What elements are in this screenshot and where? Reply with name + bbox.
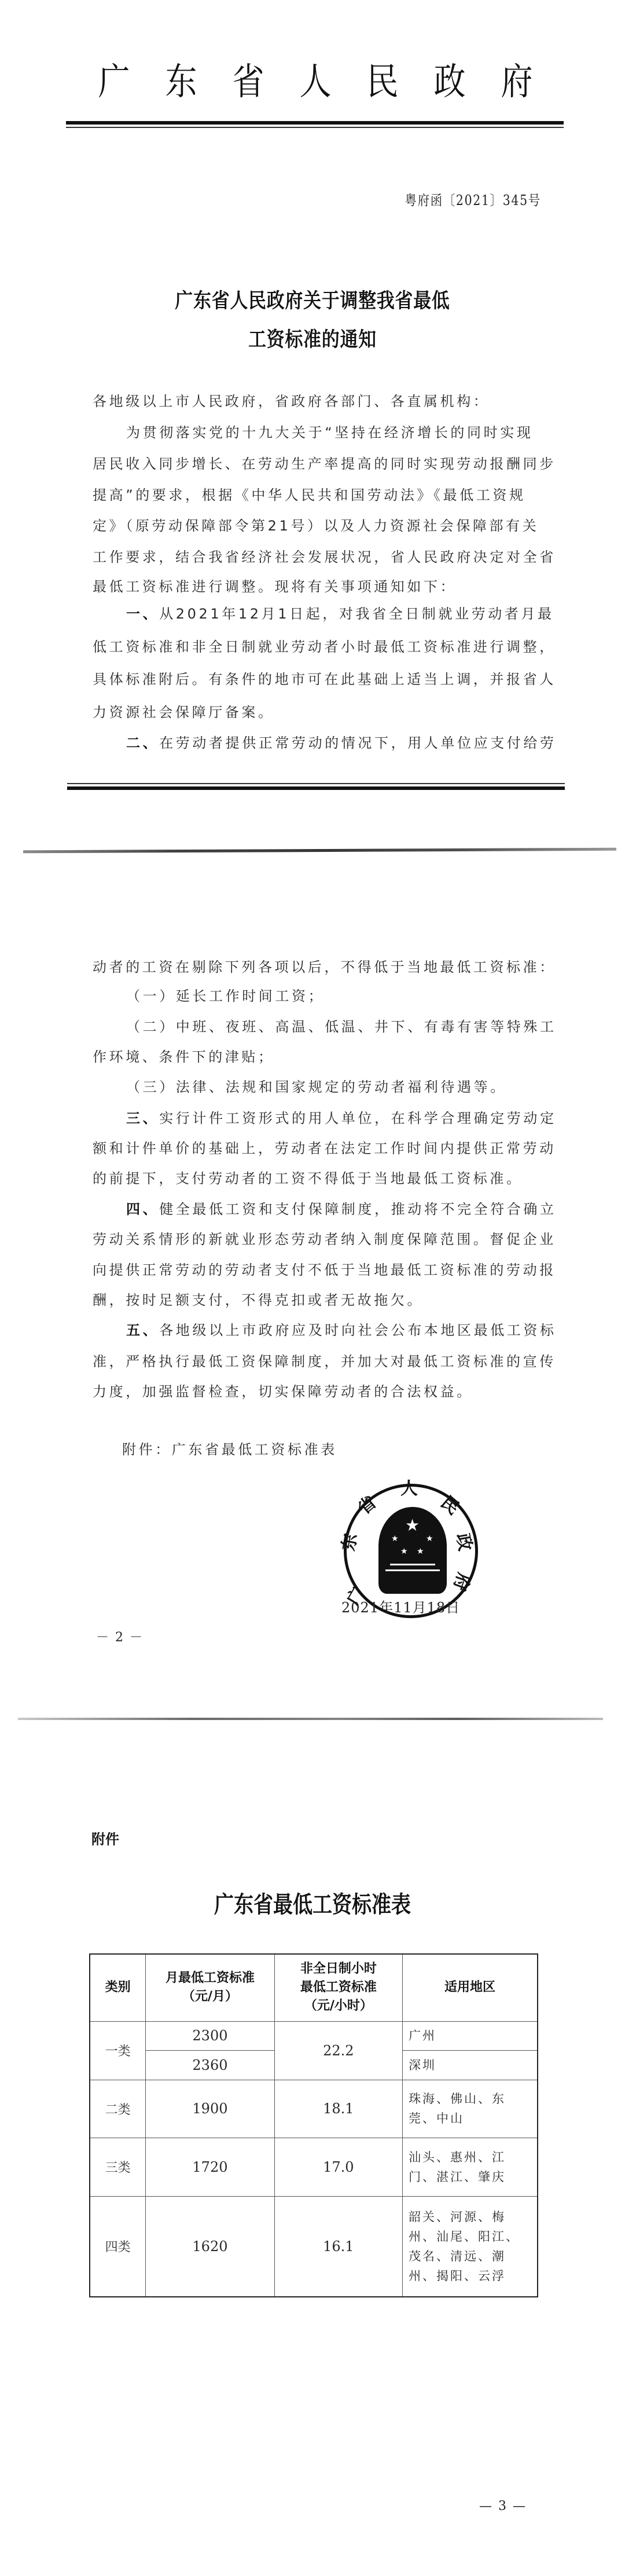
minimum-wage-table: 类别 月最低工资标准 （元/月） 非全日制小时 最低工资标准 （元/小时） 适用…: [89, 1953, 538, 2297]
national-emblem-icon: ★ ★ ★ ★ ★: [378, 1507, 447, 1594]
page-separator: [23, 848, 616, 853]
monthly-cell: 2300: [146, 2021, 274, 2050]
emblem-gate-line: [385, 1569, 440, 1571]
monthly-cell: 1620: [146, 2196, 274, 2297]
body-line: 具体标准附后。有条件的地市可在此基础上适当上调，并报省人: [93, 671, 550, 688]
masthead-char: 人: [299, 60, 331, 104]
addressee-line: 各地级以上市人民政府，省政府各部门、各直属机构：: [93, 393, 550, 410]
table-header-row: 类别 月最低工资标准 （元/月） 非全日制小时 最低工资标准 （元/小时） 适用…: [90, 1954, 538, 2021]
masthead-char: 省: [232, 60, 264, 104]
table-row: 三类 1720 17.0 汕头、惠州、江门、湛江、肇庆: [90, 2138, 538, 2196]
masthead-char: 民: [366, 60, 398, 104]
hourly-cell: 18.1: [274, 2080, 402, 2138]
category-cell: 一类: [90, 2021, 146, 2080]
clause-1-lead: 一、: [126, 606, 159, 622]
masthead-char: 东: [165, 60, 197, 104]
list-item: （一）延长工作时间工资；: [126, 987, 549, 1005]
category-cell: 三类: [90, 2138, 146, 2196]
category-cell: 二类: [90, 2080, 146, 2138]
masthead-char: 政: [433, 60, 465, 104]
annex-label: 附件: [91, 1828, 119, 1848]
regions-cell: 珠海、佛山、东莞、中山: [403, 2080, 538, 2138]
body-line: 动者的工资在剔除下列各项以后，不得低于当地最低工资标准：: [93, 958, 550, 976]
clause-3-lead: 三、: [126, 1110, 159, 1126]
clause-4-lead: 四、: [126, 1201, 159, 1217]
star-icon: ★: [417, 1547, 424, 1556]
regions-cell: 汕头、惠州、江门、湛江、肇庆: [403, 2138, 538, 2196]
page1-bottom-rule-thin: [67, 783, 565, 784]
star-icon: ★: [400, 1547, 408, 1556]
masthead-rule-thin: [66, 127, 564, 128]
masthead-rule-thick: [66, 121, 564, 125]
masthead-char: 广: [98, 60, 130, 104]
hourly-cell: 17.0: [274, 2138, 402, 2196]
body-line: 劳动关系情形的新就业形态劳动者纳入制度保障范围。督促企业: [93, 1231, 550, 1248]
body-line: 工作要求，结合我省经济社会发展状况，省人民政府决定对全省: [93, 548, 550, 566]
seal-char: 政: [454, 1532, 474, 1553]
header-regions: 适用地区: [403, 1954, 538, 2021]
seal-char: 东: [340, 1532, 361, 1553]
notice-heading-line2: 工资标准的通知: [0, 324, 625, 353]
monthly-cell: 1900: [146, 2080, 274, 2138]
document-number: 粤府函〔2021〕345号: [405, 189, 541, 209]
body-line: 酬，按时足额支付，不得克扣或者无故拖欠。: [93, 1291, 550, 1309]
regions-cell: 深圳: [403, 2050, 538, 2080]
page-number: — 3 —: [479, 2499, 527, 2513]
clause-3-line: 三、实行计件工资形式的用人单位，在科学合理确定劳动定: [126, 1110, 549, 1127]
table-row: 二类 1900 18.1 珠海、佛山、东莞、中山: [90, 2080, 538, 2138]
star-icon: ★: [391, 1535, 399, 1543]
clause-2-line: 二、在劳动者提供正常劳动的情况下，用人单位应支付给劳: [126, 734, 549, 752]
body-line: 定》（原劳动保障部令第21号）以及人力资源社会保障部有关: [93, 517, 550, 535]
body-line: 为贯彻落实党的十九大关于“坚持在经济增长的同时实现: [126, 424, 549, 441]
body-line: 居民收入同步增长、在劳动生产率提高的同时实现劳动报酬同步: [93, 455, 550, 473]
header-category: 类别: [90, 1954, 146, 2021]
monthly-cell: 2360: [146, 2050, 274, 2080]
table-title: 广东省最低工资标准表: [0, 1886, 625, 1919]
clause-5-line: 五、各地级以上市政府应及时向社会公布本地区最低工资标: [126, 1322, 549, 1339]
signing-date: 2021年11月18日: [341, 1596, 460, 1616]
page-number: － 2 －: [96, 1627, 144, 1645]
star-icon: ★: [426, 1535, 433, 1543]
hourly-cell: 22.2: [274, 2021, 402, 2080]
clause-1-line: 一、从2021年12月1日起，对我省全日制就业劳动者月最: [126, 605, 549, 623]
body-line: 低工资标准和非全日制就业劳动者小时最低工资标准进行调整，: [93, 638, 550, 656]
category-cell: 四类: [90, 2196, 146, 2297]
header-hourly: 非全日制小时 最低工资标准 （元/小时）: [274, 1954, 402, 2021]
header-monthly: 月最低工资标准 （元/月）: [146, 1954, 274, 2021]
star-icon: ★: [405, 1517, 420, 1534]
monthly-cell: 1720: [146, 2138, 274, 2196]
masthead-char: 府: [501, 60, 532, 104]
page-separator: [18, 1718, 603, 1720]
notice-heading-line1: 广东省人民政府关于调整我省最低: [0, 285, 625, 314]
body-line: 力资源社会保障厅备案。: [93, 704, 550, 721]
clause-5-lead: 五、: [126, 1322, 159, 1338]
seal-char: 人: [400, 1480, 418, 1498]
body-line: 作环境、条件下的津贴；: [93, 1048, 550, 1066]
body-line: 准，严格执行最低工资保障制度，并加大对最低工资标准的宣传: [93, 1353, 550, 1370]
body-line: 的前提下，支付劳动者的工资不得低于当地最低工资标准。: [93, 1170, 550, 1187]
body-line: 提高”的要求，根据《中华人民共和国劳动法》《最低工资规: [93, 486, 550, 504]
hourly-cell: 16.1: [274, 2196, 402, 2297]
list-item: （二）中班、夜班、高温、低温、井下、有毒有害等特殊工: [126, 1018, 549, 1035]
body-line: 额和计件单价的基础上，劳动者在法定工作时间内提供正常劳动: [93, 1140, 550, 1157]
regions-cell: 韶关、河源、梅州、汕尾、阳江、茂名、清远、潮州、揭阳、云浮: [403, 2196, 538, 2297]
regions-cell: 广州: [403, 2021, 538, 2050]
page1-bottom-rule-thick: [67, 786, 565, 790]
clause-4-line: 四、健全最低工资和支付保障制度，推动将不完全符合确立: [126, 1201, 549, 1218]
clause-2-lead: 二、: [126, 735, 159, 751]
list-item: （三）法律、法规和国家规定的劳动者福利待遇等。: [126, 1078, 549, 1096]
attachment-note: 附件：广东省最低工资标准表: [122, 1441, 545, 1458]
table-row: 四类 1620 16.1 韶关、河源、梅州、汕尾、阳江、茂名、清远、潮州、揭阳、…: [90, 2196, 538, 2297]
table-row: 一类 2300 22.2 广州: [90, 2021, 538, 2050]
masthead-title: 广 东 省 人 民 政 府: [95, 60, 535, 104]
body-line: 最低工资标准进行调整。现将有关事项通知如下：: [93, 578, 550, 595]
body-line: 力度，加强监督检查，切实保障劳动者的合法权益。: [93, 1383, 550, 1400]
emblem-gate-line: [390, 1564, 435, 1565]
body-line: 向提供正常劳动的劳动者支付不低于当地最低工资标准的劳动报: [93, 1261, 550, 1279]
